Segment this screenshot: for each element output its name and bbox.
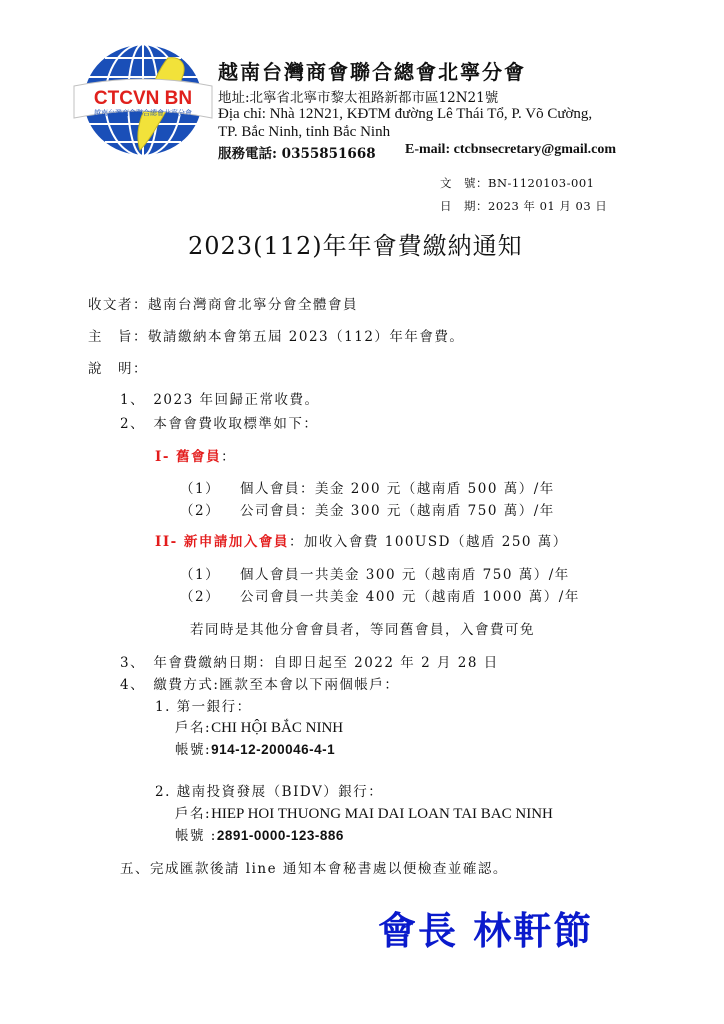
row-text: 公司會員一共美金 400 元（越南盾 1000 萬）/年 [240, 589, 580, 605]
account-number: 2891-0000-123-886 [217, 828, 344, 843]
item-2: 2、 本會會費收取標準如下： [120, 412, 318, 432]
old-members-colon: ： [221, 449, 236, 465]
item-1: 1、 2023 年回歸正常收費。 [120, 388, 320, 408]
item-4: 4、 繳費方式:匯款至本會以下兩個帳戶： [120, 673, 399, 693]
bank-1-name: 1. 第一銀行： [155, 695, 252, 715]
new-members-note: 若同時是其他分會會員者，等同舊會員，入會費可免 [190, 618, 535, 638]
new-members-desc: ：加收入會費 100USD（越盾 250 萬） [289, 534, 568, 550]
row-text: 個人會員：美金 200 元（越南盾 500 萬）/年 [240, 481, 555, 497]
row-number: （1） [180, 563, 240, 583]
address-chinese: 地址:北寧省北寧市黎太祖路新都市區12N21號 [218, 86, 498, 106]
holder-value: HIEP HOI THUONG MAI DAI LOAN TAI BAC NIN… [211, 806, 553, 822]
old-members-heading: I- 舊會員： [155, 445, 236, 465]
bank-1-holder: 戶名:CHI HỘI BẮC NINH [175, 716, 343, 737]
old-members-label: I- 舊會員 [155, 449, 221, 465]
bank-2-name: 2. 越南投資發展（BIDV）銀行： [155, 780, 383, 800]
ctcvn-logo: CTCVN BN 越南台灣商會聯合總會北寧分會 [70, 42, 216, 158]
explanation-label: 說 明： [88, 357, 148, 377]
bank-1-account: 帳號:914-12-200046-4-1 [175, 738, 335, 758]
service-phone: 服務電話: 0355851668 [218, 142, 376, 162]
page-title: 2023(112)年年會費繳納通知 [188, 226, 523, 261]
account-number: 914-12-200046-4-1 [211, 742, 335, 757]
recipient: 收文者：越南台灣商會北寧分會全體會員 [88, 293, 358, 313]
row-number: （1） [180, 477, 240, 497]
svg-text:CTCVN BN: CTCVN BN [94, 88, 192, 109]
old-member-row: （2）公司會員：美金 300 元（越南盾 750 萬）/年 [180, 499, 555, 519]
organization-name: 越南台灣商會聯合總會北寧分會 [218, 56, 526, 85]
new-member-row: （1）個人會員一共美金 300 元（越南盾 750 萬）/年 [180, 563, 570, 583]
address-vietnamese-line2: TP. Bắc Ninh, tỉnh Bắc Ninh [218, 124, 390, 141]
bank-2-account: 帳號 :2891-0000-123-886 [175, 824, 344, 844]
document-date: 日 期：2023 年 01 月 03 日 [440, 198, 607, 214]
bank-2-holder: 戶名:HIEP HOI THUONG MAI DAI LOAN TAI BAC … [175, 802, 553, 823]
account-label: 帳號 : [175, 828, 217, 844]
president-signature: 會長 林軒節 [378, 900, 593, 955]
new-members-heading: II- 新申請加入會員：加收入會費 100USD（越盾 250 萬） [155, 530, 568, 550]
row-number: （2） [180, 585, 240, 605]
document-number: 文 號：BN-1120103-001 [440, 175, 594, 191]
subject: 主 旨：敬請繳納本會第五屆 2023（112）年年會費。 [88, 325, 464, 345]
row-text: 公司會員：美金 300 元（越南盾 750 萬）/年 [240, 503, 555, 519]
item-3: 3、 年會費繳納日期：自即日起至 2022 年 2 月 28 日 [120, 651, 499, 671]
svg-text:越南台灣商會聯合總會北寧分會: 越南台灣商會聯合總會北寧分會 [94, 108, 192, 117]
address-vietnamese-line1: Địa chỉ: Nhà 12N21, KĐTM đường Lê Thái T… [218, 106, 592, 123]
row-text: 個人會員一共美金 300 元（越南盾 750 萬）/年 [240, 567, 570, 583]
row-number: （2） [180, 499, 240, 519]
old-member-row: （1）個人會員：美金 200 元（越南盾 500 萬）/年 [180, 477, 555, 497]
new-members-label: II- 新申請加入會員 [155, 534, 289, 550]
holder-value: CHI HỘI BẮC NINH [211, 720, 343, 736]
new-member-row: （2）公司會員一共美金 400 元（越南盾 1000 萬）/年 [180, 585, 580, 605]
holder-label: 戶名: [175, 720, 211, 736]
contact-email[interactable]: E-mail: ctcbnsecretary@gmail.com [405, 142, 616, 158]
account-label: 帳號: [175, 742, 211, 758]
holder-label: 戶名: [175, 806, 211, 822]
item-5: 五、完成匯款後請 line 通知本會秘書處以便檢查並確認。 [120, 857, 508, 877]
